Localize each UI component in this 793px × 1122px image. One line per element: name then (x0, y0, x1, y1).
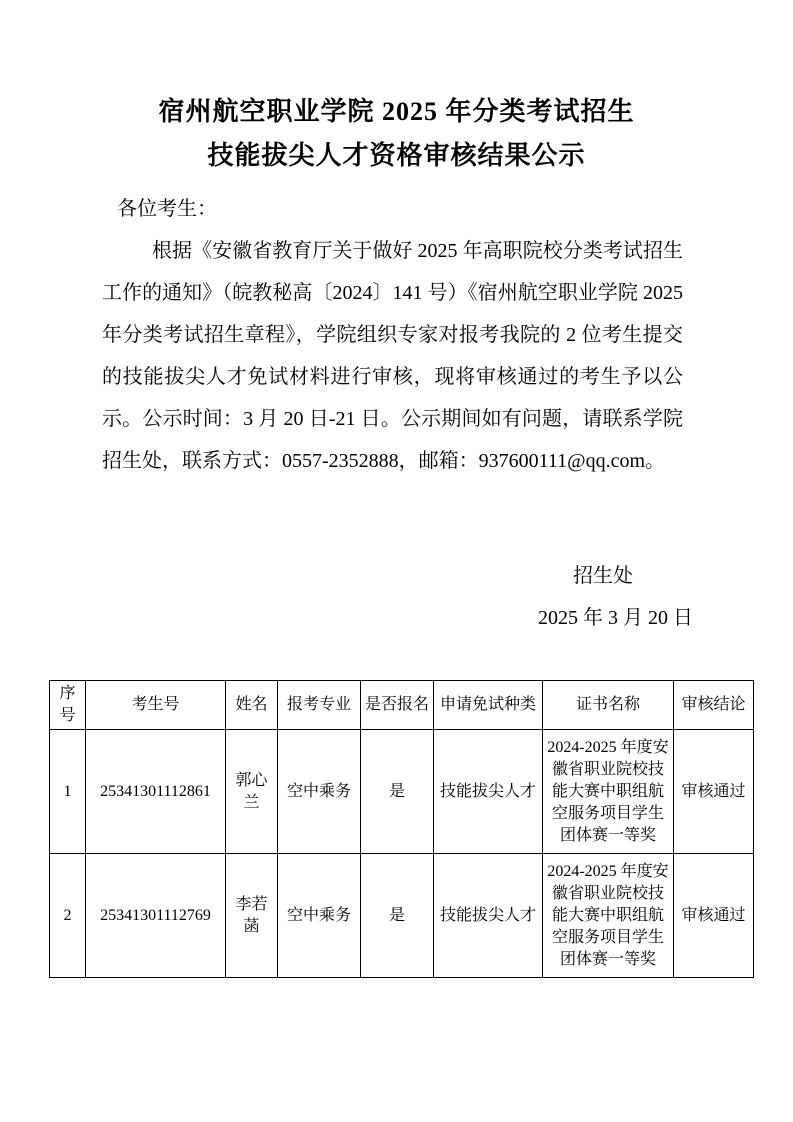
body-paragraph: 根据《安徽省教育厅关于做好 2025 年高职院校分类考试招生工作的通知》（皖教秘… (102, 230, 683, 482)
table-body: 1 25341301112861 郭心兰 空中乘务 是 技能拔尖人才 2024-… (50, 730, 754, 978)
cell-name: 李若菡 (226, 854, 278, 978)
signature-department: 招生处 (0, 555, 793, 597)
header-cell-no: 序号 (50, 681, 86, 730)
cell-certificate: 2024-2025 年度安徽省职业院校技能大赛中职组航空服务项目学生团体赛一等奖 (543, 730, 674, 854)
cell-result: 审核通过 (674, 730, 754, 854)
document-page: 宿州航空职业学院 2025 年分类考试招生 技能拔尖人才资格审核结果公示 各位考… (0, 0, 793, 1122)
header-cell-name: 姓名 (226, 681, 278, 730)
cell-registered: 是 (361, 730, 434, 854)
cell-no: 1 (50, 730, 86, 854)
header-cell-certificate: 证书名称 (543, 681, 674, 730)
header-cell-exemption-type: 申请免试种类 (434, 681, 543, 730)
cell-exemption-type: 技能拔尖人才 (434, 730, 543, 854)
signature-date: 2025 年 3 月 20 日 (0, 597, 793, 639)
table-row: 1 25341301112861 郭心兰 空中乘务 是 技能拔尖人才 2024-… (50, 730, 754, 854)
table-header-row: 序号 考生号 姓名 报考专业 是否报名 申请免试种类 证书名称 审核结论 (50, 681, 754, 730)
cell-registered: 是 (361, 854, 434, 978)
page-title-line-1: 宿州航空职业学院 2025 年分类考试招生 (0, 90, 793, 134)
page-title-line-2: 技能拔尖人才资格审核结果公示 (0, 134, 793, 178)
cell-result: 审核通过 (674, 854, 754, 978)
cell-no: 2 (50, 854, 86, 978)
cell-candidate-id: 25341301112861 (86, 730, 226, 854)
cell-certificate: 2024-2025 年度安徽省职业院校技能大赛中职组航空服务项目学生团体赛一等奖 (543, 854, 674, 978)
results-table: 序号 考生号 姓名 报考专业 是否报名 申请免试种类 证书名称 审核结论 1 2… (49, 680, 754, 978)
salutation: 各位考生： (117, 188, 683, 230)
cell-major: 空中乘务 (278, 730, 361, 854)
cell-exemption-type: 技能拔尖人才 (434, 854, 543, 978)
cell-name: 郭心兰 (226, 730, 278, 854)
header-cell-major: 报考专业 (278, 681, 361, 730)
header-cell-registered: 是否报名 (361, 681, 434, 730)
header-cell-result: 审核结论 (674, 681, 754, 730)
cell-candidate-id: 25341301112769 (86, 854, 226, 978)
page-title: 宿州航空职业学院 2025 年分类考试招生 技能拔尖人才资格审核结果公示 (0, 0, 793, 178)
header-cell-candidate-id: 考生号 (86, 681, 226, 730)
table-row: 2 25341301112769 李若菡 空中乘务 是 技能拔尖人才 2024-… (50, 854, 754, 978)
cell-major: 空中乘务 (278, 854, 361, 978)
